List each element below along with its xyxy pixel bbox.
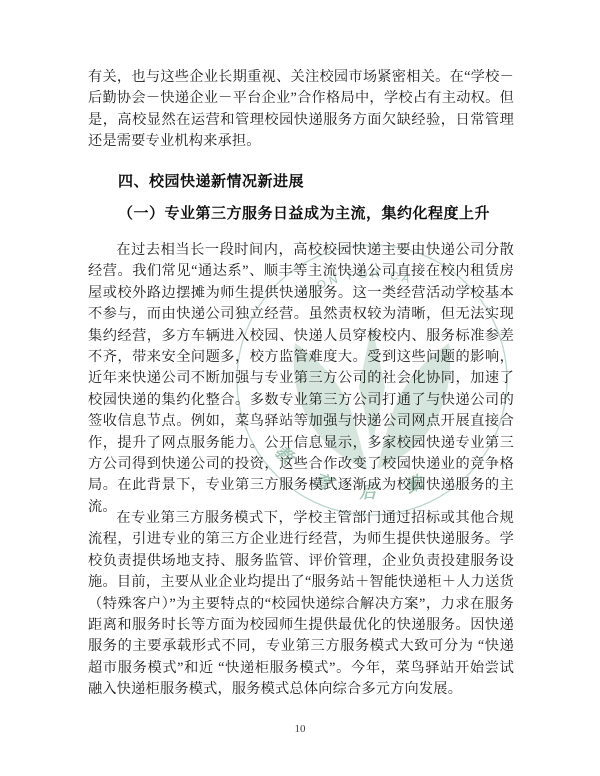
paragraph-intro: 有关，也与这些企业长期重视、关注校园市场紧密相关。在“学校－后勤协会－快递企业－… (88, 67, 514, 153)
section-heading: 四、校园快递新情况新进展 (88, 172, 514, 192)
paragraph-service-model: 在专业第三方服务模式下，学校主管部门通过招标或其他合规流程，引进专业的第三方企业… (88, 508, 514, 701)
paragraph-third-party-trend: 在过去相当长一段时间内，高校校园快递主要由快递公司分散经营。我们常见“通达系”、… (88, 240, 514, 518)
document-page: TION FOR CA 教 育 后 勤 有关，也与这些企业长期重视、关注校园市场… (0, 0, 600, 776)
subsection-heading: （一）专业第三方服务日益成为主流，集约化程度上升 (88, 204, 514, 224)
page-number: 10 (0, 723, 600, 735)
